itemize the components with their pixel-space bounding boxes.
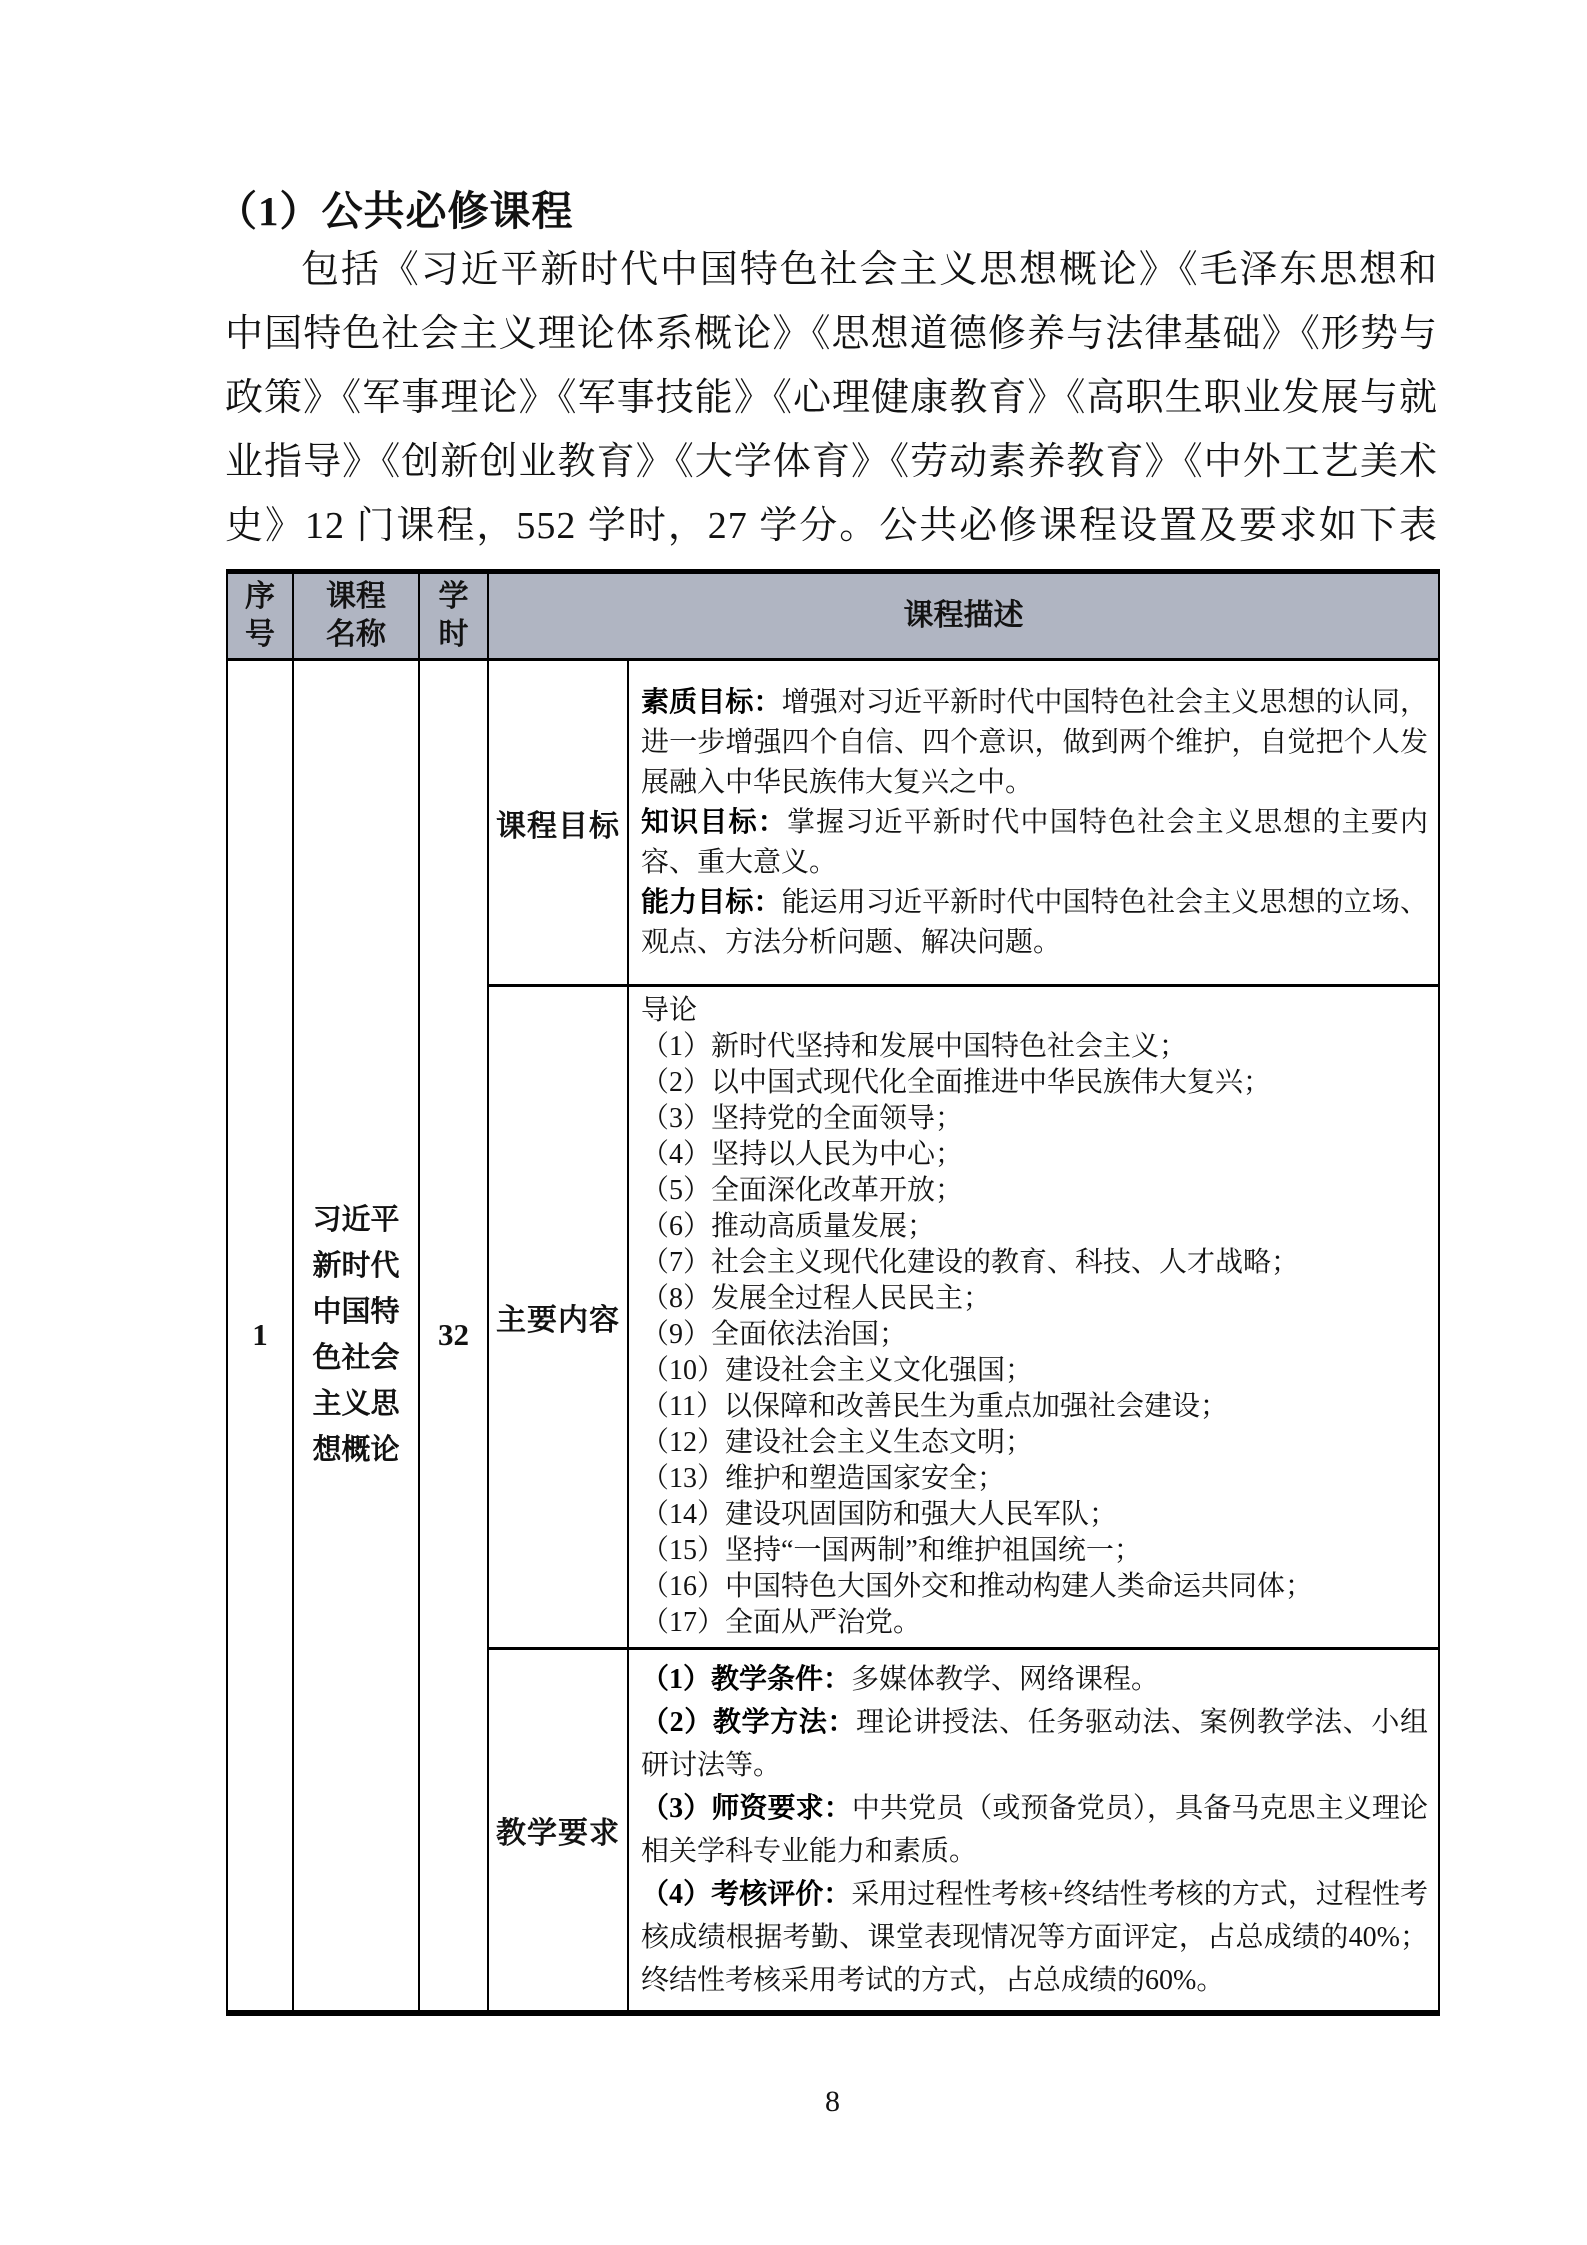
cell-main-content: 导论 （1）新时代坚持和发展中国特色社会主义； （2）以中国式现代化全面推进中华… [628,986,1439,1649]
section-heading: （1）公共必修课程 [216,178,574,237]
main-content-line: （10）建设社会主义文化强国； [641,1353,1428,1389]
column-header-course-name-label: 课程名称 [324,578,388,654]
intro-paragraph: 包括《习近平新时代中国特色社会主义思想概论》《毛泽东思想和中国特色社会主义理论体… [225,238,1438,622]
course-table: 序号 课程名称 学时 课程描述 1 习近平新时代中国特色社会主义思想概论 32 … [226,569,1440,2016]
column-header-description: 课程描述 [488,572,1439,660]
main-content-line: （14）建设巩固国防和强大人民军队； [641,1497,1428,1533]
cell-course-name: 习近平新时代中国特色社会主义思想概论 [293,660,419,2013]
main-content-line: （2）以中国式现代化全面推进中华民族伟大复兴； [641,1065,1428,1101]
main-content-line: （15）坚持“一国两制”和维护祖国统一； [641,1533,1428,1569]
course-name-text: 习近平新时代中国特色社会主义思想概论 [313,1197,400,1473]
main-content-line: （16）中国特色大国外交和推动构建人类命运共同体； [641,1569,1428,1605]
teaching-faculty-lead: （3）师资要求： [641,1793,852,1824]
teaching-faculty: （3）师资要求：中共党员（或预备党员），具备马克思主义理论相关学科专业能力和素质… [641,1787,1428,1873]
goal-ability: 能力目标：能运用习近平新时代中国特色社会主义思想的立场、观点、方法分析问题、解决… [641,883,1428,963]
column-header-hours-label: 学时 [438,578,470,654]
teaching-methods-lead: （2）教学方法： [641,1707,856,1738]
main-content-line: 导论 [641,993,1428,1029]
cell-hours: 32 [419,660,488,2013]
goal-ability-lead: 能力目标： [641,887,782,918]
teaching-assessment-lead: （4）考核评价： [641,1879,851,1910]
table-header-row: 序号 课程名称 学时 课程描述 [227,572,1439,660]
document-page: （1）公共必修课程 包括《习近平新时代中国特色社会主义思想概论》《毛泽东思想和中… [0,0,1587,2245]
column-header-hours: 学时 [419,572,488,660]
column-header-seq: 序号 [227,572,293,660]
table-row-goals: 1 习近平新时代中国特色社会主义思想概论 32 课程目标 素质目标：增强对习近平… [227,660,1439,986]
main-content-line: （9）全面依法治国； [641,1317,1428,1353]
cell-label-main-content: 主要内容 [488,986,628,1649]
teaching-conditions-text: 多媒体教学、网络课程。 [851,1664,1159,1695]
cell-teaching-content: （1）教学条件：多媒体教学、网络课程。 （2）教学方法：理论讲授法、任务驱动法、… [628,1649,1439,2013]
main-content-line: （7）社会主义现代化建设的教育、科技、人才战略； [641,1245,1428,1281]
main-content-line: （5）全面深化改革开放； [641,1173,1428,1209]
column-header-description-label: 课程描述 [904,599,1024,632]
main-content-line: （6）推动高质量发展； [641,1209,1428,1245]
main-content-line: （11）以保障和改善民生为重点加强社会建设； [641,1389,1428,1425]
teaching-conditions: （1）教学条件：多媒体教学、网络课程。 [641,1658,1428,1701]
teaching-methods: （2）教学方法：理论讲授法、任务驱动法、案例教学法、小组研讨法等。 [641,1701,1428,1787]
main-content-line: （17）全面从严治党。 [641,1605,1428,1641]
goal-knowledge: 知识目标：掌握习近平新时代中国特色社会主义思想的主要内容、重大意义。 [641,803,1428,883]
main-content-line: （8）发展全过程人民民主； [641,1281,1428,1317]
cell-course-goals-content: 素质目标：增强对习近平新时代中国特色社会主义思想的认同，进一步增强四个自信、四个… [628,660,1439,986]
cell-label-course-goals: 课程目标 [488,660,628,986]
teaching-assessment: （4）考核评价：采用过程性考核+终结性考核的方式，过程性考核成绩根据考勤、课堂表… [641,1873,1428,2002]
teaching-conditions-lead: （1）教学条件： [641,1664,851,1695]
goal-knowledge-lead: 知识目标： [641,807,787,838]
column-header-course-name: 课程名称 [293,572,419,660]
goal-quality-lead: 素质目标： [641,687,782,718]
main-content-line: （1）新时代坚持和发展中国特色社会主义； [641,1029,1428,1065]
main-content-line: （3）坚持党的全面领导； [641,1101,1428,1137]
cell-seq: 1 [227,660,293,2013]
column-header-seq-label: 序号 [244,578,276,654]
main-content-line: （4）坚持以人民为中心； [641,1137,1428,1173]
goal-quality: 素质目标：增强对习近平新时代中国特色社会主义思想的认同，进一步增强四个自信、四个… [641,683,1428,803]
page-number: 8 [0,2085,1587,2119]
main-content-line: （12）建设社会主义生态文明； [641,1425,1428,1461]
main-content-line: （13）维护和塑造国家安全； [641,1461,1428,1497]
cell-label-teaching: 教学要求 [488,1649,628,2013]
